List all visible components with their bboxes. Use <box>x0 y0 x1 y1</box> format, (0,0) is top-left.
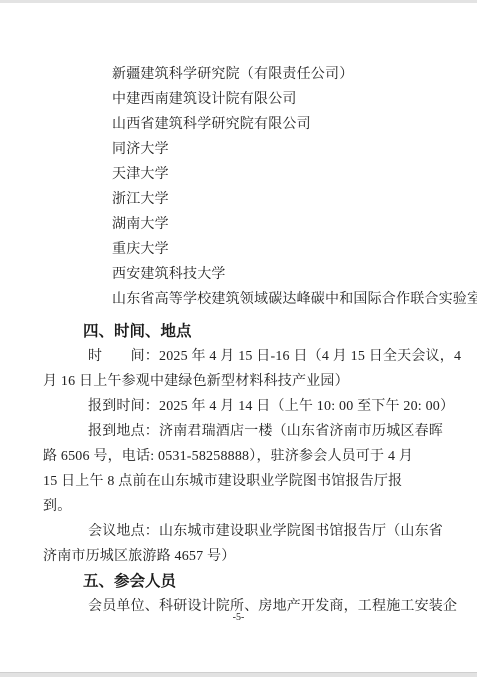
org-list-item: 新疆建筑科学研究院（有限责任公司） <box>43 62 453 87</box>
org-list-item: 西安建筑科技大学 <box>43 262 453 287</box>
org-list-item: 山东省高等学校建筑领域碳达峰碳中和国际合作联合实验室 <box>43 287 453 312</box>
org-list-item: 同济大学 <box>43 137 453 162</box>
document-body: 新疆建筑科学研究院（有限责任公司） 中建西南建筑设计院有限公司 山西省建筑科学研… <box>43 62 453 619</box>
section-heading-attendees: 五、参会人员 <box>43 569 453 594</box>
org-list-item: 山西省建筑科学研究院有限公司 <box>43 112 453 137</box>
body-line: 15 日上午 8 点前在山东城市建设职业学院图书馆报告厅报 <box>43 469 453 494</box>
viewport-top-edge <box>0 0 477 3</box>
body-line: 济南市历城区旅游路 4657 号） <box>43 544 453 569</box>
org-list-item: 重庆大学 <box>43 237 453 262</box>
body-line: 路 6506 号，电话: 0531-58258888），驻济参会人员可于 4 月 <box>43 444 453 469</box>
document-page: 新疆建筑科学研究院（有限责任公司） 中建西南建筑设计院有限公司 山西省建筑科学研… <box>0 0 477 677</box>
body-line: 会议地点：山东城市建设职业学院图书馆报告厅（山东省 <box>43 519 453 544</box>
org-list: 新疆建筑科学研究院（有限责任公司） 中建西南建筑设计院有限公司 山西省建筑科学研… <box>43 62 453 312</box>
viewport-bottom-edge <box>0 672 477 677</box>
body-line: 月 16 日上午参观中建绿色新型材料科技产业园） <box>43 369 453 394</box>
body-line: 时 间：2025 年 4 月 15 日-16 日（4 月 15 日全天会议，4 <box>43 344 453 369</box>
page-number: -5- <box>0 611 477 625</box>
section-heading-time-place: 四、时间、地点 <box>43 319 453 344</box>
org-list-item: 天津大学 <box>43 162 453 187</box>
body-line: 报到时间：2025 年 4 月 14 日（上午 10: 00 至下午 20: 0… <box>43 394 453 419</box>
org-list-item: 中建西南建筑设计院有限公司 <box>43 87 453 112</box>
body-line: 到。 <box>43 494 453 519</box>
body-line: 报到地点：济南君瑞酒店一楼（山东省济南市历城区春晖 <box>43 419 453 444</box>
org-list-item: 浙江大学 <box>43 187 453 212</box>
org-list-item: 湖南大学 <box>43 212 453 237</box>
section-time-place-body: 时 间：2025 年 4 月 15 日-16 日（4 月 15 日全天会议，4 … <box>43 344 453 569</box>
